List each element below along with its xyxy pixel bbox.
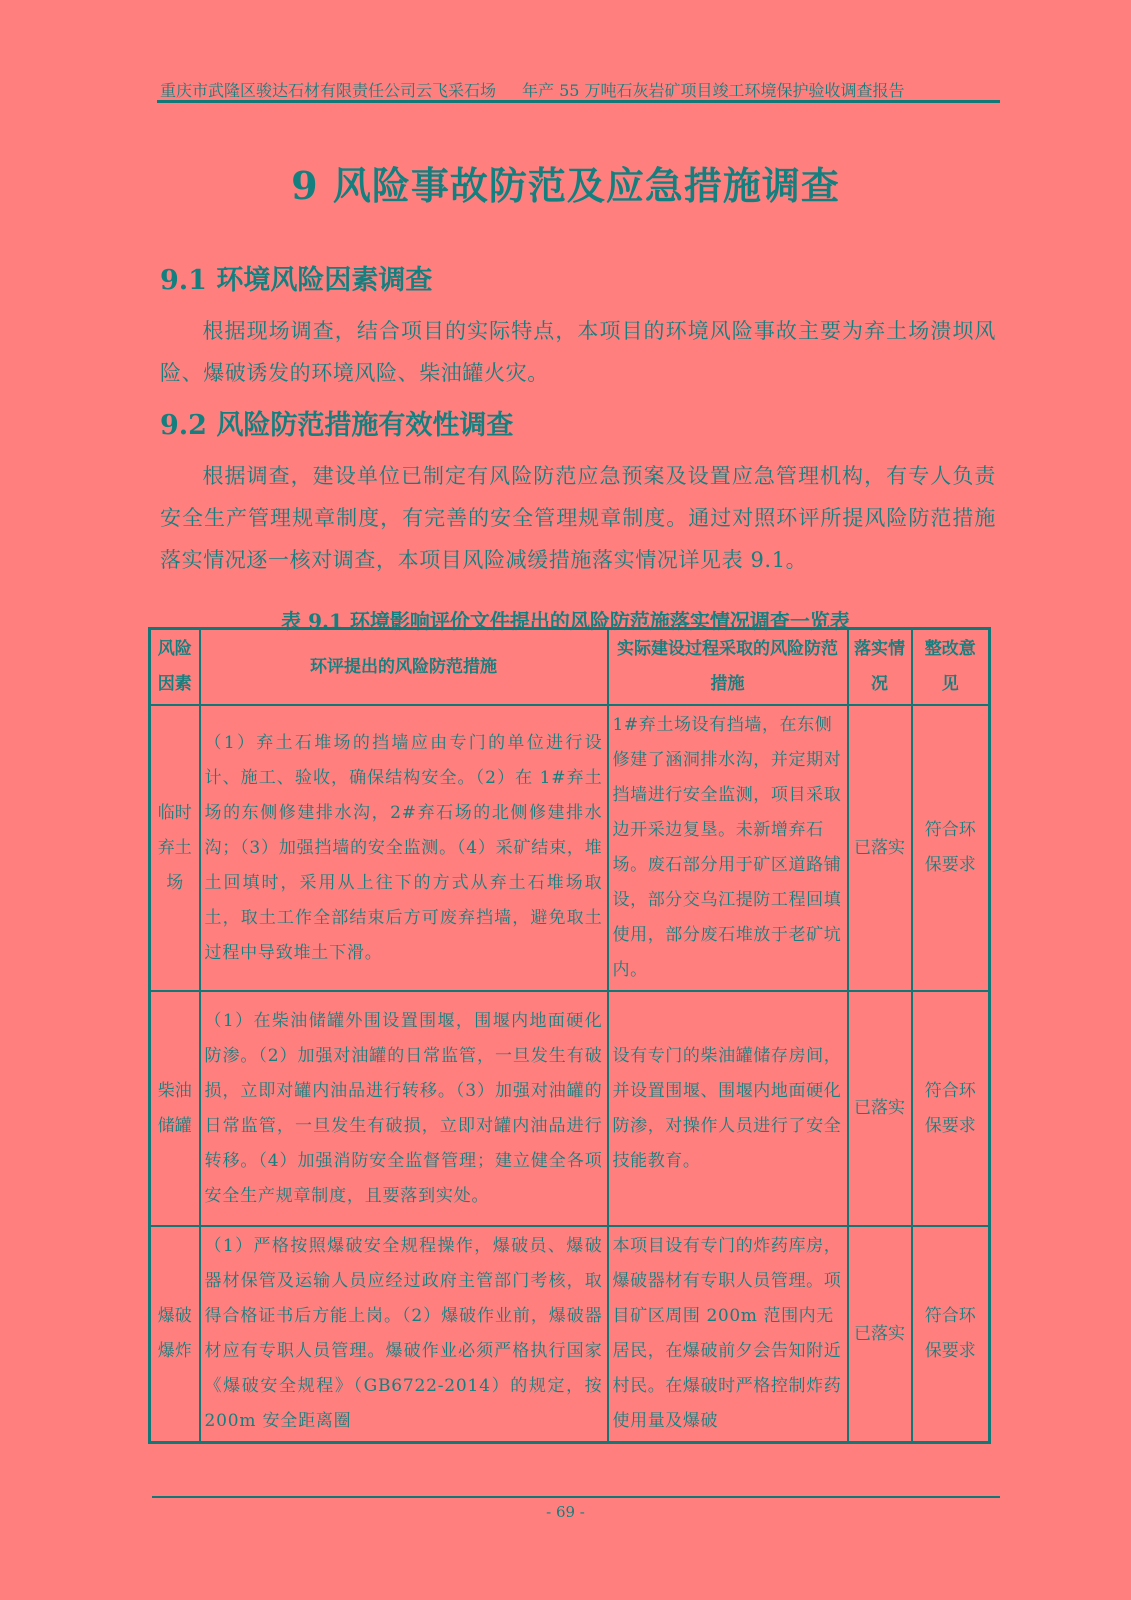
- header-eia-measures: 环评提出的风险防范措施: [200, 629, 608, 706]
- opinion-cell: 符合环保要求: [912, 991, 990, 1226]
- eia-measure-cell: （1）在柴油储罐外围设置围堰，围堰内地面硬化防渗。（2）加强对油罐的日常监管，一…: [200, 991, 608, 1226]
- table-header-row: 风险因素 环评提出的风险防范措施 实际建设过程采取的风险防范措施 落实情况 整改…: [150, 629, 990, 706]
- status-cell: 已落实: [848, 991, 912, 1226]
- running-header: 重庆市武隆区骏达石材有限责任公司云飞采石场年产 55 万吨石灰岩矿项目竣工环境保…: [160, 78, 1000, 101]
- paragraph-text: 根据调查，建设单位已制定有风险防范应急预案及设置应急管理机构，有专人负责安全生产…: [160, 464, 996, 572]
- section-9-2-paragraph: 根据调查，建设单位已制定有风险防范应急预案及设置应急管理机构，有专人负责安全生产…: [160, 455, 996, 581]
- eia-measure-cell: （1）弃土石堆场的挡墙应由专门的单位进行设计、施工、验收，确保结构安全。（2）在…: [200, 705, 608, 991]
- risk-factor-cell: 爆破爆炸: [150, 1226, 200, 1443]
- eia-measure-cell: （1）严格按照爆破安全规程操作，爆破员、爆破器材保管及运输人员应经过政府主管部门…: [200, 1226, 608, 1443]
- risk-factor-cell: 柴油储罐: [150, 991, 200, 1226]
- opinion-cell: 符合环保要求: [912, 705, 990, 991]
- status-cell: 已落实: [848, 705, 912, 991]
- table-row: 柴油储罐 （1）在柴油储罐外围设置围堰，围堰内地面硬化防渗。（2）加强对油罐的日…: [150, 991, 990, 1226]
- footer-divider: [152, 1496, 1000, 1498]
- paragraph-text: 根据现场调查，结合项目的实际特点，本项目的环境风险事故主要为弃土场溃坝风险、爆破…: [160, 319, 996, 385]
- table-row: 临时弃土场 （1）弃土石堆场的挡墙应由专门的单位进行设计、施工、验收，确保结构安…: [150, 705, 990, 991]
- risk-factor-cell: 临时弃土场: [150, 705, 200, 991]
- header-actual-measures: 实际建设过程采取的风险防范措施: [608, 629, 848, 706]
- section-9-1-paragraph: 根据现场调查，结合项目的实际特点，本项目的环境风险事故主要为弃土场溃坝风险、爆破…: [160, 310, 996, 394]
- actual-measure-cell: 本项目设有专门的炸药库房，爆破器材有专职人员管理。项目矿区周围 200m 范围内…: [608, 1226, 848, 1443]
- header-implementation: 落实情况: [848, 629, 912, 706]
- section-title-9-1: 9.1 环境风险因素调查: [160, 258, 432, 297]
- chapter-title: 9 风险事故防范及应急措施调查: [0, 155, 1131, 210]
- risk-measures-table: 风险因素 环评提出的风险防范措施 实际建设过程采取的风险防范措施 落实情况 整改…: [148, 627, 991, 1444]
- section-title-9-2: 9.2 风险防范措施有效性调查: [160, 403, 513, 442]
- header-company: 重庆市武隆区骏达石材有限责任公司云飞采石场: [160, 81, 496, 100]
- opinion-cell: 符合环保要求: [912, 1226, 990, 1443]
- header-report-title: 年产 55 万吨石灰岩矿项目竣工环境保护验收调查报告: [522, 81, 905, 100]
- actual-measure-cell: 设有专门的柴油罐储存房间，并设置围堰、围堰内地面硬化防渗，对操作人员进行了安全技…: [608, 991, 848, 1226]
- page-number: - 69 -: [0, 1503, 1131, 1521]
- status-cell: 已落实: [848, 1226, 912, 1443]
- header-divider: [157, 100, 1000, 103]
- header-risk-factor: 风险因素: [150, 629, 200, 706]
- table-row: 爆破爆炸 （1）严格按照爆破安全规程操作，爆破员、爆破器材保管及运输人员应经过政…: [150, 1226, 990, 1443]
- header-rectification: 整改意见: [912, 629, 990, 706]
- actual-measure-cell: 1#弃土场设有挡墙，在东侧修建了涵洞排水沟，并定期对挡墙进行安全监测，项目采取边…: [608, 705, 848, 991]
